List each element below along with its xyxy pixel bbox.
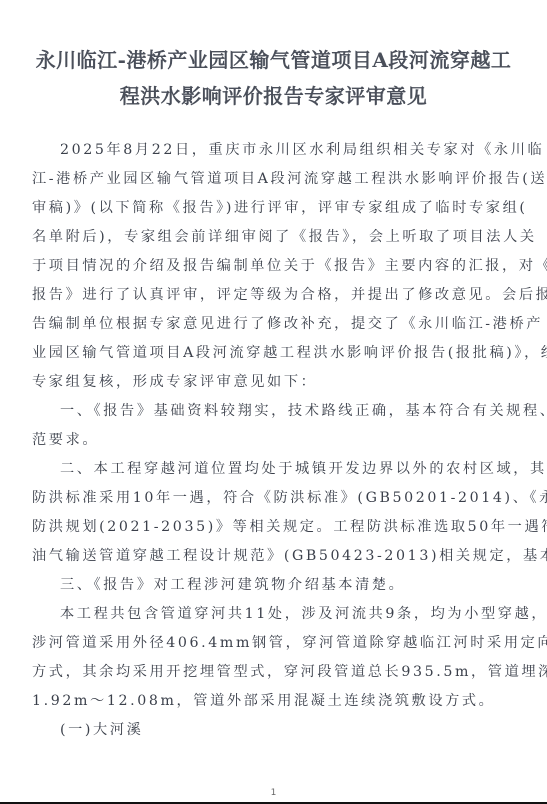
opinion-2-line: 二、本工程穿越河道位置均处于城镇开发边界以外的农村区域，其 (60, 459, 516, 479)
paragraph-line: 名单附后)，专家组会前详细审阅了《报告》，会上听取了项目法人关 (32, 227, 516, 247)
paragraph-line: 业园区输气管道项目A段河流穿越工程洪水影响评价报告(报批稿)》，经 (32, 343, 516, 363)
opinion-1-line: 范要求。 (32, 430, 516, 450)
paragraph-line: 审稿)》(以下简称《报告》)进行评审，评审专家组成了临时专家组( (32, 198, 516, 218)
document-title-line-1: 永川临江-港桥产业园区输气管道项目A段河流穿越工 (0, 44, 547, 73)
opinion-3-line: 涉河管道采用外径406.4mm钢管，穿河管道除穿越临江河时采用定向钻 (32, 633, 516, 653)
paragraph-line: 2025年8月22日，重庆市永川区水利局组织相关专家对《永川临 (60, 140, 516, 160)
page-number: 1 (0, 788, 547, 798)
opinion-2-line: 防洪规划(2021-2035)》等相关规定。工程防洪标准选取50年一遇符合《 (32, 517, 516, 537)
opinion-3-line: 方式，其余均采用开挖埋管型式，穿河段管道总长935.5m，管道埋深 (32, 662, 516, 682)
opinion-2-line: 防洪标准采用10年一遇，符合《防洪标准》(GB50201-2014)、《永川区 (32, 488, 516, 508)
document-title-line-2: 程洪水影响评价报告专家评审意见 (0, 80, 547, 109)
opinion-1-line: 一、《报告》基础资料较翔实，技术路线正确，基本符合有关规程、规 (60, 401, 516, 421)
opinion-3-line: 三、《报告》对工程涉河建筑物介绍基本清楚。 (60, 575, 516, 595)
paragraph-line: 于项目情况的介绍及报告编制单位关于《报告》主要内容的汇报，对《 (32, 256, 516, 276)
subsection-heading: (一)大河溪 (60, 720, 516, 740)
paragraph-line: 报告》进行了认真评审，评定等级为合格，并提出了修改意见。会后报 (32, 285, 516, 305)
opinion-3-line: 1.92m～12.08m，管道外部采用混凝土连续浇筑敷设方式。 (32, 691, 516, 711)
paragraph-line: 专家组复核，形成专家评审意见如下： (32, 372, 516, 392)
document-page: 永川临江-港桥产业园区输气管道项目A段河流穿越工 程洪水影响评价报告专家评审意见… (0, 0, 547, 802)
opinion-3-line: 本工程共包含管道穿河共11处，涉及河流共9条，均为小型穿越， (60, 604, 516, 624)
paragraph-line: 告编制单位根据专家意见进行了修改补充，提交了《永川临江-港桥产 (32, 314, 516, 334)
paragraph-line: 江-港桥产业园区输气管道项目A段河流穿越工程洪水影响评价报告(送 (32, 169, 516, 189)
opinion-2-line: 油气输送管道穿越工程设计规范》(GB50423-2013)相关规定，基本合适。 (32, 546, 516, 566)
